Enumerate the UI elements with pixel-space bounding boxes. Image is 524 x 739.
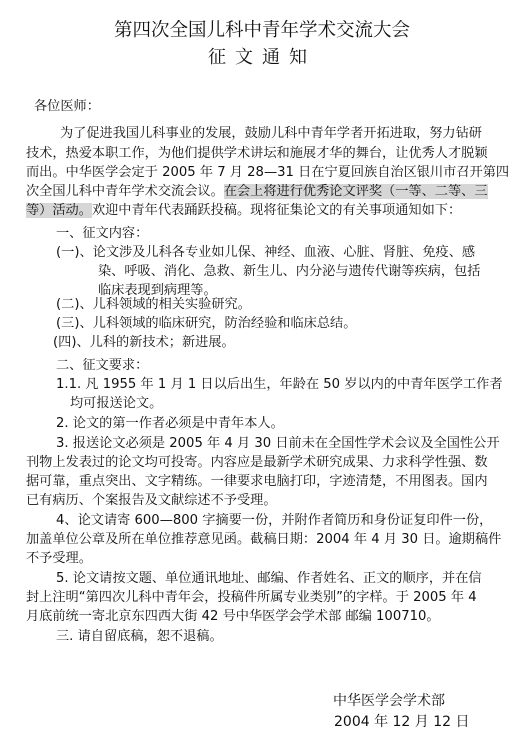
requirement-1-line-1: 1.1. 凡 1955 年 1 月 1 日以后出生，年龄在 50 岁以内的中青年…	[56, 377, 503, 393]
signature-organization: 中华医学会学术部	[333, 690, 445, 710]
requirement-3-line-4: 已有病历、个案报告及文献综述不予受理。	[26, 493, 277, 509]
highlighted-text: 等）活动。	[26, 203, 92, 218]
intro-line-3: 而出。中华医学会定于 2005 年 7 月 28—31 日在宁夏回族自治区银川市…	[26, 165, 509, 181]
section-1-item-4: (四)、儿科的新技术；新进展。	[53, 335, 235, 351]
document-title: 第四次全国儿科中青年学术交流大会	[0, 16, 524, 42]
intro-line-2: 技术，热爱本职工作，为他们提供学术讲坛和施展才华的舞台，让优秀人才脱颖	[26, 146, 488, 162]
salutation: 各位医师：	[34, 99, 100, 115]
intro-line-4: 次全国儿科中青年学术交流会议。在会上将进行优秀论文评奖（一等、二等、三	[26, 184, 488, 200]
signature-date: 2004 年 12 月 12 日	[334, 711, 470, 731]
requirement-4-line-1: 4、论文请寄 600—800 字摘要一份，并附作者简历和身份证复印件一份，	[56, 513, 492, 529]
intro-line-1: 为了促进我国儿科事业的发展，鼓励儿科中青年学者开拓进取，努力钻研	[60, 126, 482, 142]
requirement-3-line-3: 据可靠，重点突出、文字精练。一律要求电脑打印，字迹清楚，不用图表。国内	[26, 474, 488, 490]
requirement-2: 2. 论文的第一作者必须是中青年本人。	[56, 416, 284, 432]
requirement-3-line-2: 刊物上发表过的论文均可投寄。内容应是最新学术研究成果、力求科学性强、数	[26, 455, 488, 471]
intro-line-4-plain: 次全国儿科中青年学术交流会议。	[26, 184, 224, 199]
highlighted-text: 在会上将进行优秀论文评奖（一等、二等、三	[224, 184, 488, 199]
section-1-item-1-line-2: 染、呼吸、消化、急救、新生儿、内分泌与遗传代谢等疾病，包括	[98, 264, 480, 280]
requirement-1-line-2: 均可报送论文。	[70, 396, 162, 412]
section-2-heading: 二、征文要求：	[56, 358, 148, 374]
requirement-5-line-2: 封上注明“第四次儿科中青年会，投稿件所属专业类别”的字样。于 2005 年 4	[26, 590, 477, 606]
section-1-heading: 一、征文内容：	[56, 226, 148, 242]
document-subtitle: 征文通知	[0, 43, 524, 69]
section-1-item-3: (三)、儿科领域的临床研究，防治经验和临床总结。	[56, 316, 356, 332]
section-3-heading: 三. 请自留底稿，恕不退稿。	[56, 629, 223, 645]
section-1-item-2: (二)、儿科领域的相关实验研究。	[56, 297, 251, 313]
item-label: (一)、	[56, 245, 93, 260]
requirement-5-line-1: 5. 论文请按文题、单位通讯地址、邮编、作者姓名、正文的顺序，并在信	[56, 571, 482, 587]
requirement-3-line-1: 3. 报送论文必须是 2005 年 4 月 30 日前未在全国性学术会议及全国性…	[56, 436, 500, 452]
requirement-5-line-3: 月底前统一寄北京东四西大街 42 号中华医学会学术部 邮编 100710。	[26, 609, 440, 625]
section-1-item-1: (一)、论文涉及儿科各专业如儿保、神经、血液、心脏、肾脏、免疫、感	[56, 245, 475, 261]
requirement-4-line-3: 不予受理。	[26, 551, 92, 567]
intro-line-5: 等）活动。欢迎中青年代表踊跃投稿。现将征集论文的有关事项通知如下：	[26, 203, 461, 219]
intro-line-5-plain: 欢迎中青年代表踊跃投稿。现将征集论文的有关事项通知如下：	[92, 203, 461, 218]
requirement-4-line-2: 加盖单位公章及所在单位推荐意见函。截稿日期：2004 年 4 月 30 日。逾期…	[26, 532, 501, 548]
notice-document: 第四次全国儿科中青年学术交流大会 征文通知 各位医师： 为了促进我国儿科事业的发…	[0, 0, 524, 739]
